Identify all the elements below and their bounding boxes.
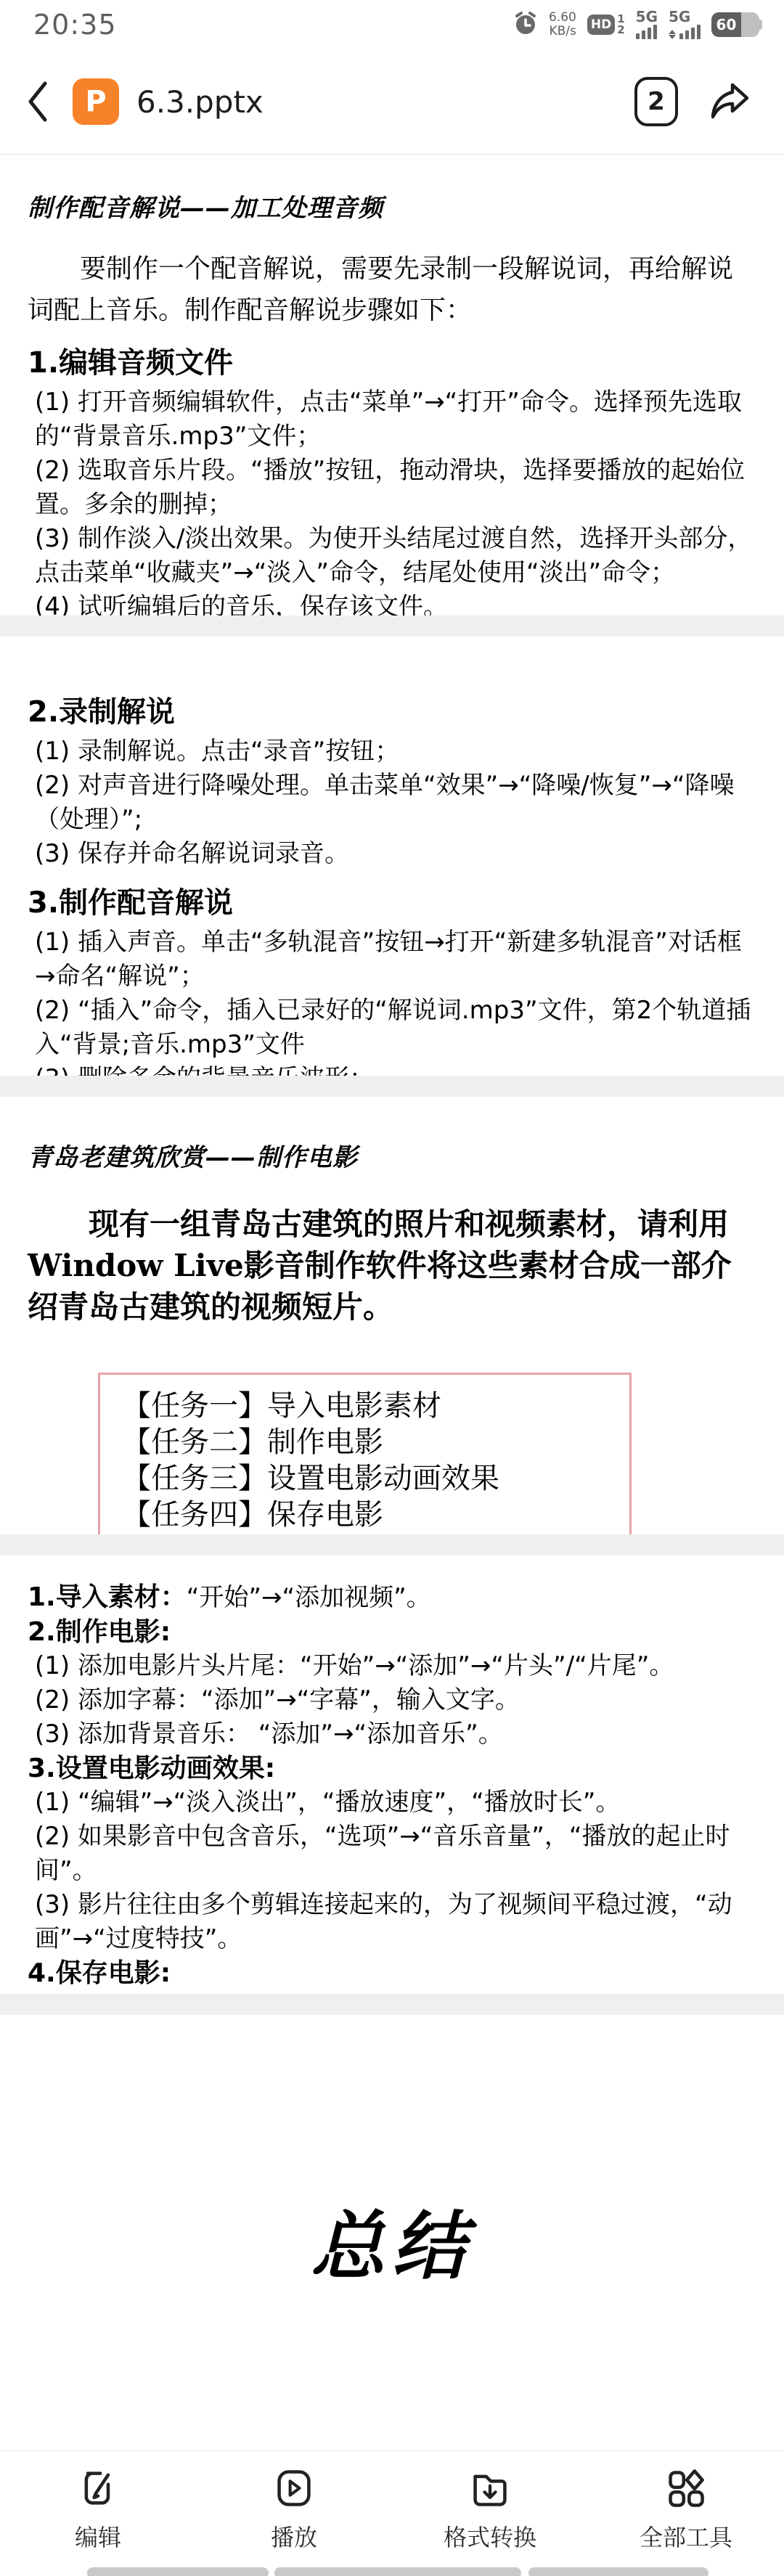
slide-text-line: 要制作一个配音解说，需要先录制一段解说词，再给解说词配上音乐。制作配音解说步骤如… <box>28 248 756 331</box>
slide-text-line: (1) “编辑”→“淡入淡出”，“播放速度”，“播放时长”。 <box>28 1786 756 1820</box>
bottom-bar-segment <box>87 2567 269 2576</box>
bottom-bars <box>0 2564 784 2576</box>
data-arrows-icon <box>669 30 676 39</box>
slide-text-line: (3) 制作淡入/淡出效果。为使开头结尾过渡自然，选择开头部分，点击菜单“收藏夹… <box>28 522 756 590</box>
bottom-bar-segment <box>528 2567 709 2576</box>
slide-text-line: (1) 打开音频编辑软件，点击“菜单”→“打开”命令。选择预先选取的“背景音乐.… <box>28 385 756 454</box>
back-button[interactable] <box>25 76 60 127</box>
status-icons: 6.60 KB/s HD 1 2 5G 5G <box>513 10 762 39</box>
slide-text-line: “影音制作”→“保存电影”，可选清晰度，如“高清晰度”，“标准清晰度”。 <box>28 1990 756 1994</box>
slide-1[interactable]: 制作配音解说——加工处理音频要制作一个配音解说，需要先录制一段解说词，再给解说词… <box>0 155 784 616</box>
slide-text-line: (2) 添加字幕：“添加”→“字幕”，输入文字。 <box>28 1683 756 1717</box>
signal-sim1-icon: 5G <box>636 10 658 39</box>
slide-text-line: 制作配音解说——加工处理音频 <box>28 188 756 224</box>
slide-text-line: 1.导入素材：“开始”→“添加视频”。 <box>28 1580 756 1615</box>
toolbar-edit-button[interactable]: 编辑 <box>0 2467 196 2553</box>
slide-text-line: (4) 试听编辑后的音乐，保存该文件。 <box>28 590 756 616</box>
task-line: 【任务二】制作电影 <box>122 1424 608 1460</box>
slide-text-line: 3.设置电影动画效果: <box>28 1751 756 1786</box>
slide-5[interactable]: 总结 <box>0 2015 784 2450</box>
task-line: 【任务四】保存电影 <box>122 1497 608 1533</box>
slide-text-line: (3) 删除多余的背景音乐波形； <box>28 1062 756 1076</box>
play-icon <box>273 2467 315 2509</box>
ppt-file-icon: P <box>73 78 119 125</box>
slide-text-line: 总结 <box>28 2188 756 2294</box>
task-box: 【任务一】导入电影素材【任务二】制作电影【任务三】设置电影动画效果【任务四】保存… <box>98 1373 632 1534</box>
folder-download-icon <box>469 2467 511 2509</box>
slide-text-line: (1) 添加电影片头片尾：“开始”→“添加”→“片头”/“片尾”。 <box>28 1649 756 1683</box>
toolbar-convert-label: 格式转换 <box>444 2519 536 2553</box>
slide-text-line: (2) “插入”命令，插入已录好的“解说词.mp3”文件，第2个轨道插入“背景;… <box>28 994 756 1062</box>
toolbar-play-label: 播放 <box>271 2519 317 2553</box>
edit-pencil-icon <box>77 2467 119 2509</box>
toolbar-play-button[interactable]: 播放 <box>196 2467 392 2553</box>
task-line: 【任务一】导入电影素材 <box>122 1388 608 1424</box>
toolbar-convert-button[interactable]: 格式转换 <box>392 2467 588 2553</box>
battery-icon: 60 <box>711 12 762 37</box>
network-speed: 6.60 KB/s <box>549 11 576 38</box>
alarm-icon <box>513 11 538 38</box>
slide-text-line: 2.制作电影: <box>28 1615 756 1649</box>
status-bar: 20:35 6.60 KB/s HD 1 2 5G <box>0 0 784 49</box>
slide-text-line: (3) 保存并命名解说词录音。 <box>28 837 756 871</box>
toolbar-edit-label: 编辑 <box>75 2519 121 2553</box>
document-area[interactable]: 制作配音解说——加工处理音频要制作一个配音解说，需要先录制一段解说词，再给解说词… <box>0 155 784 2450</box>
battery-percent: 60 <box>711 12 741 37</box>
all-tools-grid-icon <box>665 2467 707 2509</box>
bottom-toolbar: 编辑 播放 格式转换 全部工具 <box>0 2450 784 2576</box>
slide-text-line: 现有一组青岛古建筑的照片和视频素材，请利用Window Live影音制作软件将这… <box>28 1203 756 1328</box>
slide-text-line: (2) 如果影音中包含音乐，“选项”→“音乐音量”，“播放的起止时间”。 <box>28 1820 756 1888</box>
slide-text-line: 青岛老建筑欣赏——制作电影 <box>28 1137 756 1173</box>
app-header: P 6.3.pptx 2 <box>0 49 784 155</box>
slide-text-line: (2) 选取音乐片段。“播放”按钮，拖动滑块，选择要播放的起始位置。多余的删掉； <box>28 454 756 522</box>
share-icon[interactable] <box>709 80 752 123</box>
slide-2[interactable]: 2.录制解说(1) 录制解说。点击“录音”按钮；(2) 对声音进行降噪处理。单击… <box>0 637 784 1076</box>
slide-text-line: (1) 录制解说。点击“录音”按钮； <box>28 735 756 769</box>
slide-3[interactable]: 青岛老建筑欣赏——制作电影现有一组青岛古建筑的照片和视频素材，请利用Window… <box>0 1097 784 1534</box>
slide-text-line: (2) 对声音进行降噪处理。单击菜单“效果”→“降噪/恢复”→“降噪（处理）”; <box>28 769 756 837</box>
bottom-bar-segment <box>274 2567 521 2576</box>
clock-time: 20:35 <box>33 9 117 41</box>
file-name: 6.3.pptx <box>136 84 634 120</box>
slide-text-line: (1) 插入声音。单击“多轨混音”按钮→打开“新建多轨混音”对话框→命名“解说”… <box>28 925 756 994</box>
toolbar-alltools-button[interactable]: 全部工具 <box>588 2467 784 2553</box>
slide-text-line: 4.保存电影: <box>28 1956 756 1990</box>
hd-volte-icon: HD 1 2 <box>587 14 625 36</box>
slide-text-line: 3.制作配音解说 <box>28 880 756 921</box>
slide-text-line: 1.编辑音频文件 <box>28 340 756 381</box>
task-line: 【任务三】设置电影动画效果 <box>122 1460 608 1497</box>
slide-4[interactable]: 1.导入素材：“开始”→“添加视频”。2.制作电影:(1) 添加电影片头片尾：“… <box>0 1555 784 1994</box>
toolbar-alltools-label: 全部工具 <box>640 2519 732 2553</box>
slide-text-line: (3) 影片往往由多个剪辑连接起来的，为了视频间平稳过渡，“动画”→“过度特技”… <box>28 1888 756 1956</box>
window-count-button[interactable]: 2 <box>634 77 678 126</box>
signal-sim2-icon: 5G <box>669 10 701 39</box>
slide-text-line: (3) 添加背景音乐： “添加”→“添加音乐”。 <box>28 1717 756 1751</box>
slide-text-line: 2.录制解说 <box>28 689 756 730</box>
